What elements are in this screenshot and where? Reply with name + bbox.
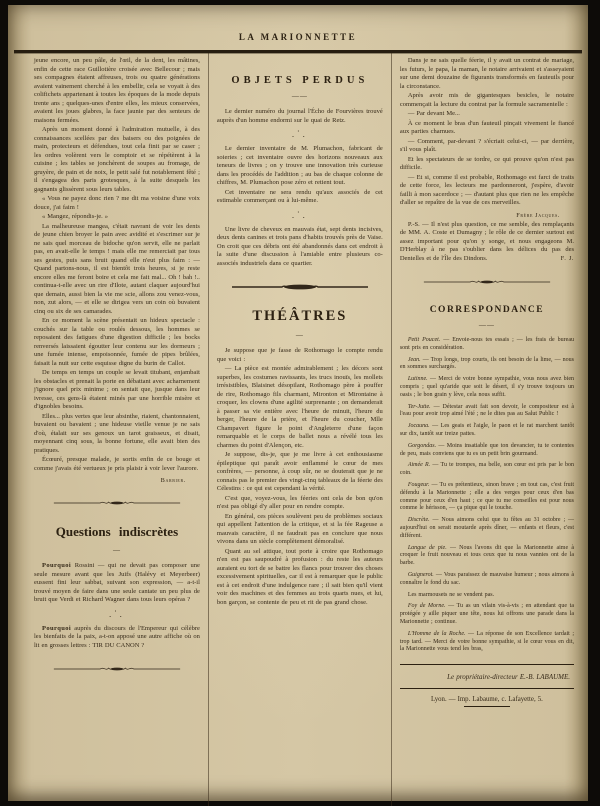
column-2: OBJETS PERDUS——Le dernier numéro du jour…: [208, 53, 392, 806]
paragraph: « Mangez, répondis-je. »: [34, 213, 200, 222]
paragraph: Et les spectateurs de se tordre, ce qui …: [400, 156, 574, 173]
asterism-divider: .·.: [34, 611, 200, 619]
paragraph-lead: Jocauna.: [408, 423, 430, 429]
paragraph-lead: Guignerot.: [408, 572, 434, 578]
asterism-divider: .·.: [217, 212, 383, 220]
publisher-line: Le propriétaire-directeur E.-B. LABAUME.: [400, 673, 570, 682]
paragraph: Le dernier inventaire de M. Plumachon, f…: [217, 145, 383, 188]
correspondence-entry: Ter-Jutte. — Détestar avait fait son dev…: [400, 404, 574, 420]
paragraph: De temps en temps un couple se levait ti…: [34, 369, 200, 412]
section-heading: Questions indiscrètes: [34, 524, 200, 540]
correspondence-entry: L'Homme de la Roche. — La réponse de son…: [400, 631, 574, 654]
paragraph: En ce moment la scène présentait un hide…: [34, 317, 200, 368]
column-container: jeune encore, un peu pâle, de l'œil, de …: [8, 53, 588, 806]
footer-rule: [400, 664, 574, 665]
footer-rule: [464, 706, 510, 707]
correspondence-entry: Discrète. — Nous aimons celui que tu fêt…: [400, 517, 574, 540]
paragraph-lead: Fougeur.: [408, 482, 430, 488]
ornament-divider: [34, 494, 200, 512]
paragraph: Après avoir mis de gigantesques besicles…: [400, 92, 574, 109]
paragraph: En général, ces pièces soulèvent peu de …: [217, 513, 383, 547]
correspondence-entry: Langue de pie. — Nous l'avons dit que la…: [400, 545, 574, 568]
paragraph: Pourquoi auprès du discours de l'Empereu…: [34, 625, 200, 651]
paragraph: Dans je ne sais quelle féerie, il y avai…: [400, 57, 574, 91]
paragraph: Écœuré, presque malade, je sortis enfin …: [34, 456, 200, 473]
correspondence-entry: Petit Poucet. — Envoie-nous tes essais ;…: [400, 337, 574, 353]
paragraph: Pourquoi Rossini — qui ne devait pas com…: [34, 562, 200, 605]
paragraph: Le dernier numéro du journal l'Écho de F…: [217, 108, 383, 125]
correspondence-entry: Gorgondas. — Moins insatiable que ton de…: [400, 443, 574, 459]
heading-dash: ——: [400, 321, 574, 329]
paragraph-lead: Petit Poucet.: [408, 337, 440, 343]
correspondence-entry: Foy de Morne. — Tu as un vilain vis-à-vi…: [400, 603, 574, 626]
paragraph-lead: Pourquoi: [42, 625, 71, 632]
correspondence-entry: Aimée R. — Tu te trompes, ma belle, son …: [400, 462, 574, 478]
paragraph: C'est que, voyez-vous, les féeries ont c…: [217, 495, 383, 512]
correspondence-entry: Lutinne. — Merci de votre bonne sympathi…: [400, 376, 574, 399]
footer-rule: [400, 688, 574, 689]
signature: Barbier.: [34, 477, 200, 484]
paragraph: Quant au sel attique, tout porte à croir…: [217, 548, 383, 608]
paragraph: jeune encore, un peu pâle, de l'œil, de …: [34, 57, 200, 125]
ornament-divider: [34, 660, 200, 678]
paragraph-lead: Discrète.: [408, 517, 430, 523]
paragraph-lead: Foy de Morne.: [408, 603, 446, 609]
ornament-divider: [400, 273, 574, 291]
asterism-divider: .·.: [217, 131, 383, 139]
paragraph: Je suppose que je fasse de Rothomago le …: [217, 347, 383, 364]
section-heading: THÉÂTRES: [217, 308, 383, 325]
paragraph-lead: Aimée R.: [408, 462, 430, 468]
paragraph-lead: Pourquoi: [42, 562, 71, 569]
section-heading: CORRESPONDANCE: [400, 305, 574, 315]
paragraph-lead: Langue de pie.: [408, 545, 447, 551]
heading-dash: —: [34, 546, 200, 554]
masthead-title: LA MARIONNETTE: [239, 32, 357, 42]
correspondence-entry: Jocauna. — Les geais et l'aigle, le paon…: [400, 423, 574, 439]
masthead: LA MARIONNETTE: [8, 5, 588, 53]
paragraph: — La pièce est montée admirablement ; le…: [217, 365, 383, 450]
paragraph-lead: Gorgondas.: [408, 443, 436, 449]
paragraph: — Comment, par-devant ? s'écriait celui-…: [400, 138, 574, 155]
paragraph: — Par devant Me...: [400, 110, 574, 119]
imprint-line: Lyon. — Imp. Labaume, c. Lafayette, 5.: [400, 696, 574, 705]
column-1: jeune encore, un peu pâle, de l'œil, de …: [32, 53, 208, 806]
correspondence-entry: Les marmousets ne se vendent pas.: [400, 592, 574, 600]
paragraph: — Et si, comme il est probable, Rothomag…: [400, 174, 574, 208]
paragraph-lead: Lutinne.: [408, 376, 428, 382]
paragraph: À ce moment le bras d'un fauteuil pinçai…: [400, 120, 574, 137]
correspondence-entry: Jean. — Trop longs, trop courts, ils ont…: [400, 357, 574, 373]
paragraph: Une livre de cheveux en mauvais état, se…: [217, 226, 383, 269]
ornament-divider: [217, 278, 383, 296]
paragraph: La malheureuse mangea, c'était navrant d…: [34, 223, 200, 317]
heading-dash: ——: [217, 92, 383, 100]
paragraph: Cet inventaire ne sera rendu qu'aux asso…: [217, 189, 383, 206]
paragraph: Après un moment donné à l'admiration mut…: [34, 126, 200, 194]
paragraph-lead: Ter-Jutte.: [408, 404, 431, 410]
correspondence-entry: Fougeur. — Tu es prétentieux, sinon brav…: [400, 482, 574, 513]
paragraph: « Vous ne payez donc rien ? me dit ma vo…: [34, 195, 200, 212]
heading-dash: —: [217, 331, 383, 339]
section-heading: OBJETS PERDUS: [217, 75, 383, 86]
paragraph: Elles... plus vertes que leur absinthe, …: [34, 413, 200, 456]
paragraph-lead: L'Homme de la Roche.: [408, 631, 466, 637]
paragraph-lead: Jean.: [408, 357, 421, 363]
paragraph: Je suppose, dis-je, que je me livre à ce…: [217, 451, 383, 494]
newspaper-page: LA MARIONNETTE jeune encore, un peu pâle…: [8, 5, 588, 801]
paragraph: P.-S. — Il n'est plus question, ce me se…: [400, 221, 574, 264]
correspondence-entry: Guignerot. — Vous paraissez de mauvaise …: [400, 572, 574, 588]
signature: Frère Jacques.: [400, 212, 574, 219]
paragraph-signature-tail: F. J.: [553, 255, 574, 264]
column-3: Dans je ne sais quelle féerie, il y avai…: [392, 53, 576, 806]
